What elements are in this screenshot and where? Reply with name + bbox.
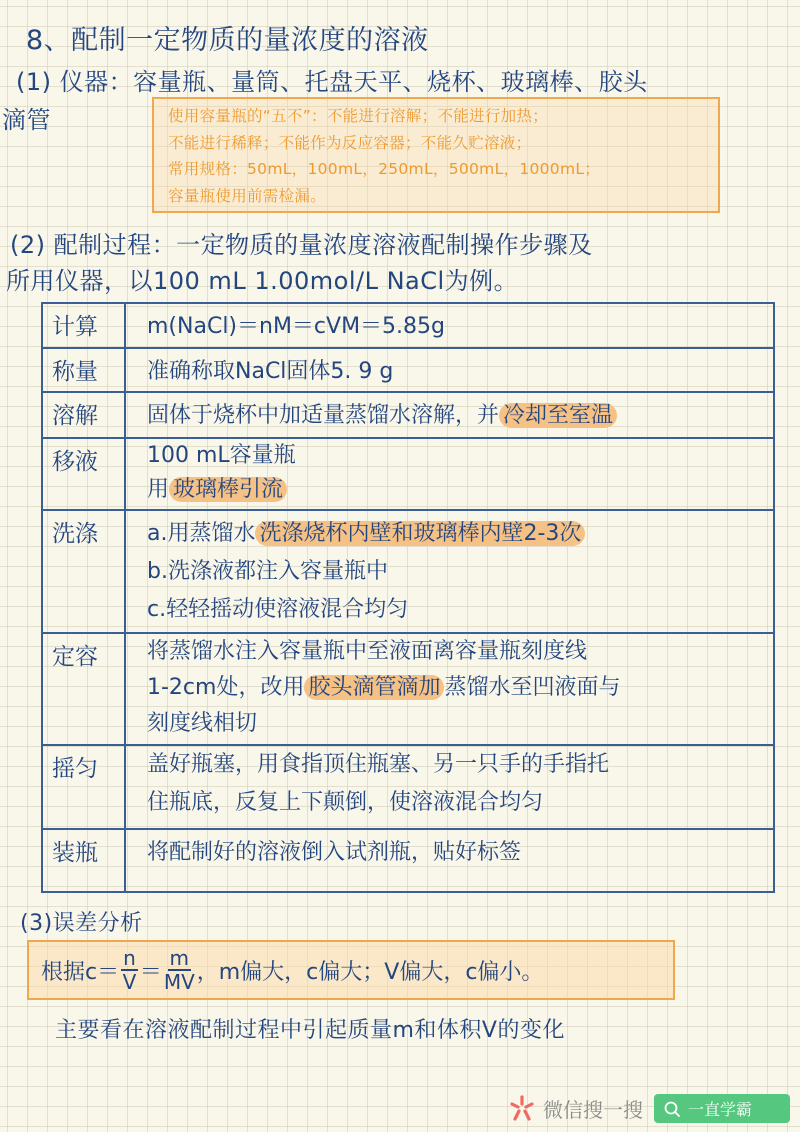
step-content: 100 mL容量瓶 用玻璃棒引流 (147, 439, 296, 507)
error-analysis-note: 主要看在溶液配制过程中引起质量m和体积V的变化 (55, 1013, 565, 1044)
table-row: 摇匀 盖好瓶塞，用食指顶住瓶塞、另一只手的手指托 住瓶底，反复上下颠倒，使溶液混… (43, 746, 773, 830)
step-content: a.用蒸馏水洗涤烧杯内壁和玻璃棒内壁2-3次 b.洗涤液都注入容量瓶中 c.轻轻… (147, 515, 585, 629)
step-content: 盖好瓶塞，用食指顶住瓶塞、另一只手的手指托 住瓶底，反复上下颠倒，使溶液混合均匀 (147, 746, 609, 822)
weixin-search-text: 微信搜一搜 (543, 1094, 643, 1123)
table-row: 装瓶 将配制好的溶液倒入试剂瓶，贴好标签 (43, 830, 773, 893)
step-label: 定容 (52, 638, 98, 671)
note-line: 不能进行稀释；不能作为反应容器；不能久贮溶液； (168, 130, 718, 157)
table-row: 移液 100 mL容量瓶 用玻璃棒引流 (43, 439, 773, 511)
formula-box: 根据c＝ n V ＝ m MV ，m偏大，c偏大；V偏大，c偏小。 (27, 940, 675, 1000)
step-content: m(NaCl)＝nM＝cVM＝5.85g (147, 308, 445, 346)
step-label: 装瓶 (52, 834, 98, 867)
highlight: 胶头滴管滴加 (304, 675, 444, 700)
note-line: 容量瓶使用前需检漏。 (168, 183, 718, 210)
search-icon (664, 1101, 680, 1117)
fraction-m-over-mv: m MV (164, 947, 195, 993)
step-content: 将配制好的溶液倒入试剂瓶，贴好标签 (147, 834, 521, 872)
step-content: 准确称取NaCl固体5. 9 g (147, 353, 393, 391)
weixin-search-icon (508, 1094, 536, 1122)
step-label: 计算 (52, 308, 98, 341)
process-heading-cont: 所用仪器，以100 mL 1.00mol/L NaCl为例。 (6, 261, 518, 296)
highlight: 洗涤烧杯内壁和玻璃棒内壁2-3次 (255, 521, 585, 546)
note-line: 常用规格：50mL，100mL，250mL，500mL，1000mL； (168, 156, 718, 183)
fraction-n-over-v: n V (121, 947, 138, 993)
step-label: 移液 (52, 443, 98, 476)
formula-prefix: 根据c＝ (41, 955, 119, 986)
table-row: 定容 将蒸馏水注入容量瓶中至液面离容量瓶刻度线 1-2cm处，改用胶头滴管滴加蒸… (43, 634, 773, 746)
highlight: 冷却至室温 (499, 403, 617, 428)
note-line: 使用容量瓶的“五不”：不能进行溶解；不能进行加热； (168, 103, 718, 130)
search-account-button[interactable]: 一直学霸 (654, 1094, 790, 1123)
search-account-label: 一直学霸 (688, 1097, 752, 1120)
volumetric-flask-note: 使用容量瓶的“五不”：不能进行溶解；不能进行加热； 不能进行稀释；不能作为反应容… (152, 97, 720, 213)
step-label: 摇匀 (52, 750, 98, 783)
instruments-line-cont: 滴管 (2, 100, 51, 135)
instruments-line: (1) 仪器：容量瓶、量筒、托盘天平、烧杯、玻璃棒、胶头 (16, 62, 648, 97)
step-label: 溶解 (52, 397, 98, 430)
page-title: 8、配制一定物质的量浓度的溶液 (26, 18, 429, 57)
highlight: 玻璃棒引流 (169, 477, 287, 502)
procedure-table: 计算 m(NaCl)＝nM＝cVM＝5.85g 称量 准确称取NaCl固体5. … (41, 302, 775, 893)
step-content: 固体于烧杯中加适量蒸馏水溶解，并冷却至室温 (147, 397, 617, 435)
table-row: 洗涤 a.用蒸馏水洗涤烧杯内壁和玻璃棒内壁2-3次 b.洗涤液都注入容量瓶中 c… (43, 511, 773, 634)
table-row: 计算 m(NaCl)＝nM＝cVM＝5.85g (43, 304, 773, 349)
step-content: 将蒸馏水注入容量瓶中至液面离容量瓶刻度线 1-2cm处，改用胶头滴管滴加蒸馏水至… (147, 634, 621, 742)
process-heading: (2) 配制过程：一定物质的量浓度溶液配制操作步骤及 (10, 225, 593, 260)
table-row: 称量 准确称取NaCl固体5. 9 g (43, 349, 773, 393)
step-label: 洗涤 (52, 515, 98, 548)
error-analysis-heading: (3)误差分析 (20, 906, 143, 937)
step-label: 称量 (52, 353, 98, 386)
table-row: 溶解 固体于烧杯中加适量蒸馏水溶解，并冷却至室温 (43, 393, 773, 439)
formula-suffix: ，m偏大，c偏大；V偏大，c偏小。 (197, 955, 544, 986)
